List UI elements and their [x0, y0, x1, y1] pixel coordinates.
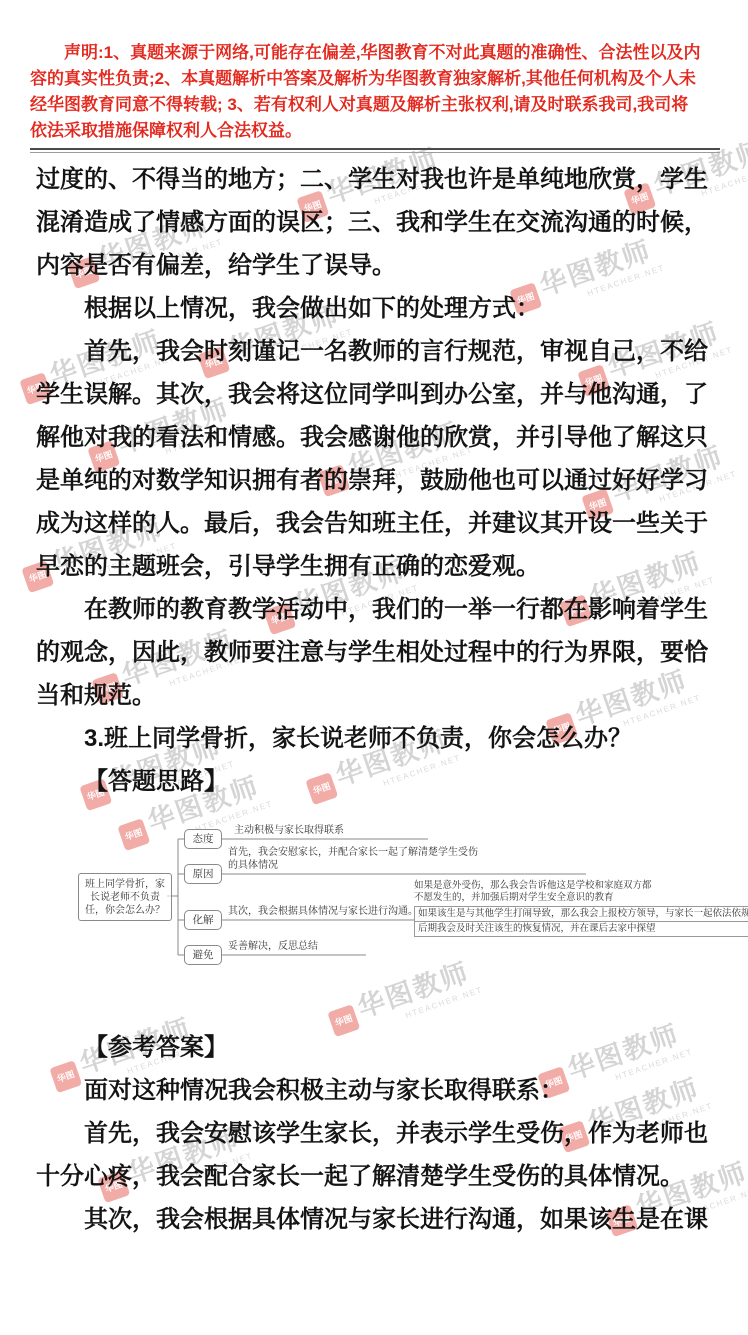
mindmap-branch-resolve: 化解 [184, 910, 222, 930]
mindmap-resolve-case-accident: 如果是意外受伤，那么我会告诉他这是学校和家庭双方都 不愿发生的，并加强后期对学生… [414, 880, 748, 903]
mindmap-branch-attitude: 态度 [184, 829, 222, 849]
paragraph-continuation: 过度的、不得当的地方；二、学生对我也许是单纯地欣赏，学生 混淆造成了情感方面的误… [36, 158, 712, 287]
reference-answer-heading: 【参考答案】 [36, 1026, 712, 1069]
mindmap-avoid-text: 妥善解决，反思总结 [228, 940, 318, 953]
mindmap-root-node: 班上同学骨折，家 长说老师不负责 任，你会怎么办？ [78, 873, 172, 921]
document-body: 过度的、不得当的地方；二、学生对我也许是单纯地欣赏，学生 混淆造成了情感方面的误… [0, 153, 748, 1241]
mindmap-resolve-text: 其次，我会根据具体情况与家长进行沟通。 [228, 905, 418, 918]
paragraph: 根据以上情况，我会做出如下的处理方式： [36, 287, 712, 330]
paragraph: 面对这种情况我会积极主动与家长取得联系： [36, 1069, 712, 1112]
paragraph-cutoff: 其次，我会根据具体情况与家长进行沟通，如果该生是在课 [36, 1198, 712, 1241]
paragraph: 首先，我会时刻谨记一名教师的言行规范，审视自己，不给 学生误解。其次，我会将这位… [36, 330, 712, 588]
mindmap-resolve-followup: 后期我会及时关注该生的恢复情况，并在课后去家中探望 [414, 921, 748, 937]
paragraph: 在教师的教育教学活动中，我们的一举一行都在影响着学生 的观念，因此，教师要注意与… [36, 588, 712, 717]
answer-outline-mindmap: 班上同学骨折，家 长说老师不负责 任，你会怎么办？ 态度 原因 化解 避免 主动… [36, 803, 712, 988]
document-page: { "disclaimer": { "text": "声明:1、真题来源于网络,… [0, 0, 748, 1335]
mindmap-resolve-case-fight: 如果该生是与其他学生打闹导致，那么我会上报校方领导，与家长一起依法依规处理 [414, 906, 748, 922]
answer-outline-heading: 【答题思路】 [36, 760, 712, 803]
mindmap-branch-avoid: 避免 [184, 945, 222, 965]
paragraph: 首先，我会安慰该学生家长，并表示学生受伤，作为老师也 十分心疼，我会配合家长一起… [36, 1112, 712, 1198]
mindmap-attitude-text: 主动积极与家长取得联系 [234, 824, 344, 837]
disclaimer-notice: 声明:1、真题来源于网络,可能存在偏差,华图教育不对此真题的准确性、合法性以及内… [30, 40, 718, 144]
question-3-title: 3.班上同学骨折，家长说老师不负责，你会怎么办？ [36, 717, 712, 760]
mindmap-branch-cause: 原因 [184, 864, 222, 884]
mindmap-cause-text: 首先，我会安慰家长，并配合家长一起了解清楚学生受伤 的具体情况 [228, 846, 478, 872]
